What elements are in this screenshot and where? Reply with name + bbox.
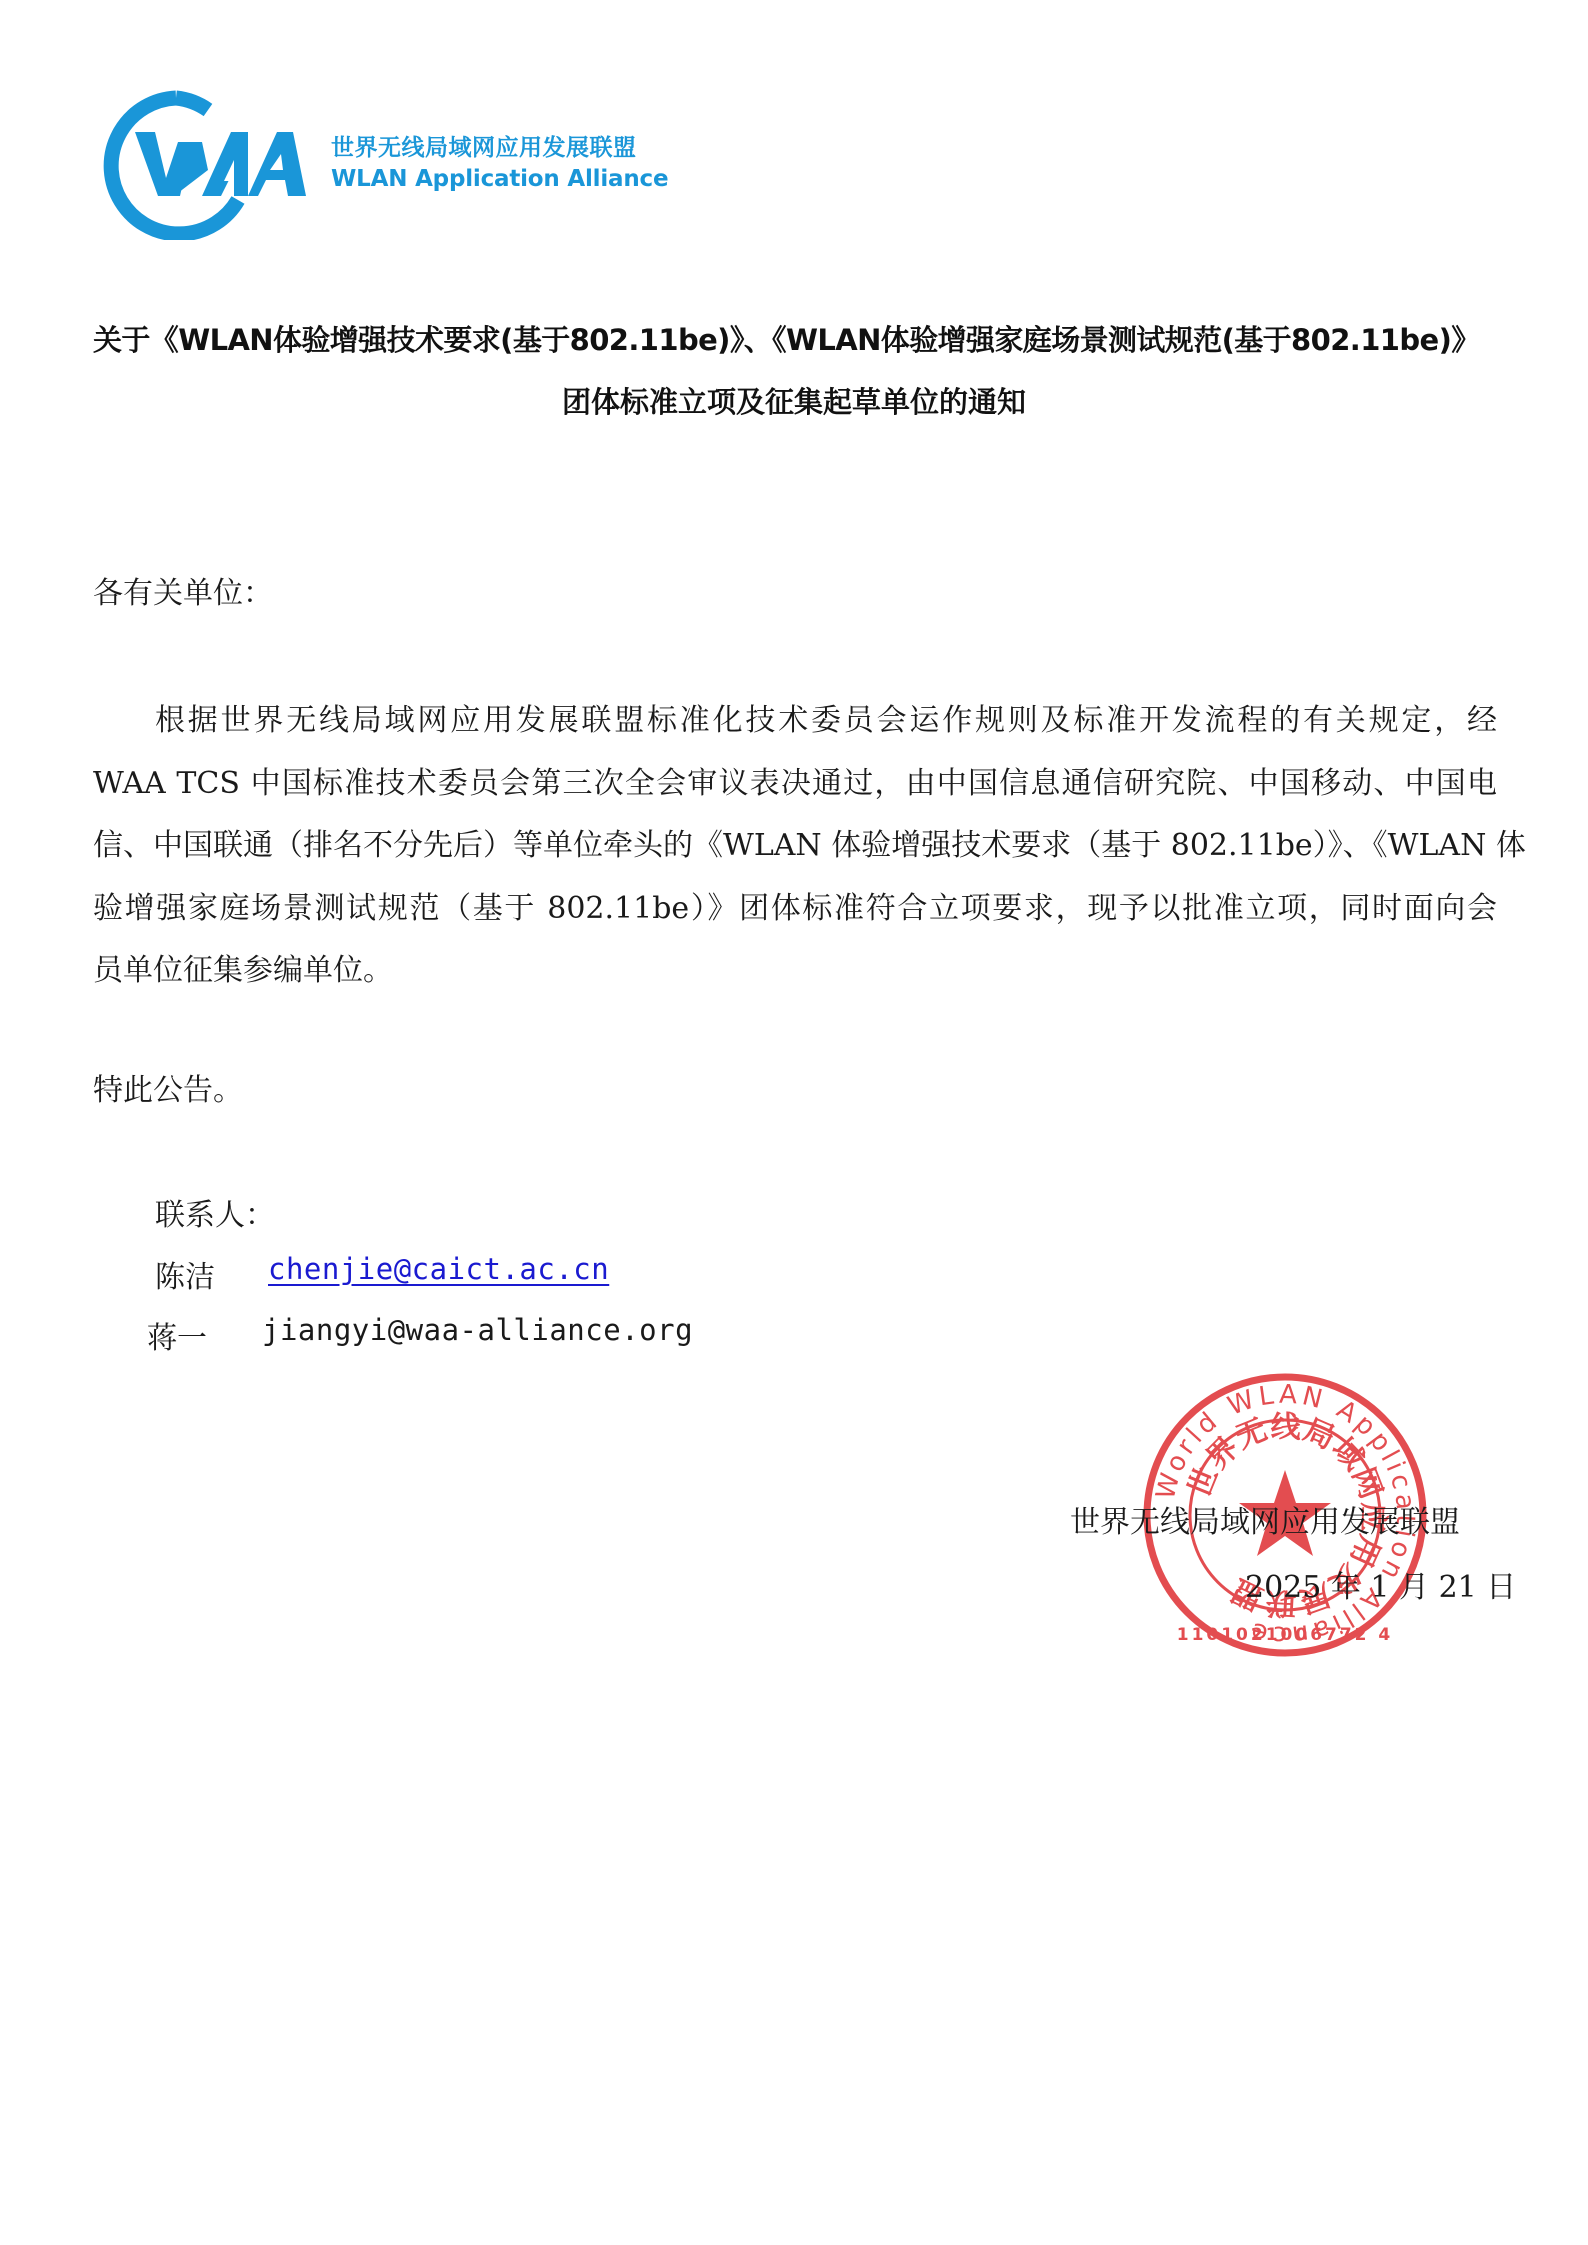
contact-email: jiangyi@waa-alliance.org bbox=[262, 1313, 693, 1347]
org-name-cn: 世界无线局域网应用发展联盟 bbox=[331, 133, 668, 163]
waa-logo bbox=[88, 90, 308, 240]
salutation: 各有关单位： bbox=[93, 568, 273, 612]
paragraph-line: 员单位征集参编单位。 bbox=[93, 940, 1497, 1003]
closing-statement: 特此公告。 bbox=[93, 1065, 243, 1109]
contact-name: 蒋一 bbox=[147, 1313, 207, 1357]
contacts-label: 联系人： bbox=[155, 1190, 275, 1234]
paragraph-line: WAA TCS 中国标准技术委员会第三次全会审议表决通过，由中国信息通信研究院、… bbox=[93, 753, 1497, 816]
document-title-line-2: 团体标准立项及征集起草单位的通知 bbox=[0, 380, 1588, 421]
org-name-en: WLAN Application Alliance bbox=[331, 163, 668, 195]
document-title-line-1: 关于《WLAN体验增强技术要求(基于802.11be)》、《WLAN体验增强家庭… bbox=[93, 318, 1480, 359]
paragraph-line: 根据世界无线局域网应用发展联盟标准化技术委员会运作规则及标准开发流程的有关规定，… bbox=[93, 690, 1497, 753]
contact-email-link[interactable]: chenjie@caict.ac.cn bbox=[268, 1252, 609, 1286]
contact-name: 陈洁 bbox=[155, 1252, 215, 1296]
signature-date: 2025 年 1 月 21 日 bbox=[1245, 1562, 1516, 1606]
paragraph-line: 验增强家庭场景测试规范（基于 802.11be）》团体标准符合立项要求，现予以批… bbox=[93, 878, 1497, 941]
logo-text: 世界无线局域网应用发展联盟 WLAN Application Alliance bbox=[331, 133, 668, 195]
main-paragraph: 根据世界无线局域网应用发展联盟标准化技术委员会运作规则及标准开发流程的有关规定，… bbox=[93, 690, 1497, 1003]
paragraph-line: 信、中国联通（排名不分先后）等单位牵头的《WLAN 体验增强技术要求（基于 80… bbox=[93, 815, 1497, 878]
waa-logo-icon bbox=[88, 90, 308, 240]
svg-text:1101021006772 4: 1101021006772 4 bbox=[1177, 1625, 1394, 1645]
signature-organization: 世界无线局域网应用发展联盟 bbox=[1070, 1497, 1460, 1541]
